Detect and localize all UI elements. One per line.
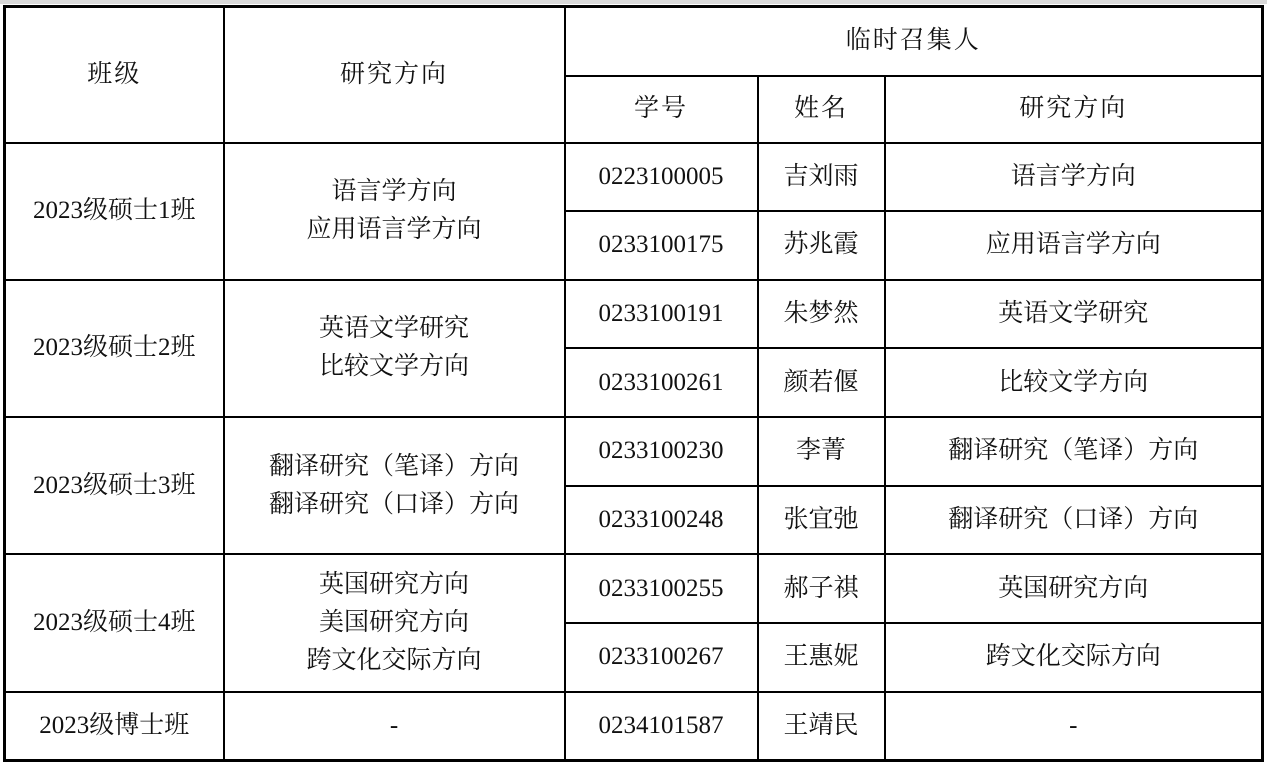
- direction-line: 翻译研究（口译）方向: [229, 486, 560, 524]
- student-id-cell: 0223100005: [565, 143, 758, 212]
- direction-line: 英语文学研究: [229, 310, 560, 348]
- table-row: 2023级硕士2班 英语文学研究 比较文学方向 0233100191 朱梦然 英…: [5, 280, 1263, 349]
- student-id-cell: 0234101587: [565, 692, 758, 761]
- header-row-1: 班级 研究方向 临时召集人: [5, 7, 1263, 76]
- table-row: 2023级硕士1班 语言学方向 应用语言学方向 0223100005 吉刘雨 语…: [5, 143, 1263, 212]
- class-cell: 2023级硕士4班: [5, 554, 224, 691]
- header-student-id: 学号: [565, 76, 758, 143]
- direction-line: 跨文化交际方向: [229, 642, 560, 680]
- direction-cell: 语言学方向 应用语言学方向: [224, 143, 565, 280]
- header-class: 班级: [5, 7, 224, 143]
- name-cell: 吉刘雨: [758, 143, 885, 212]
- table-row: 2023级硕士3班 翻译研究（笔译）方向 翻译研究（口译）方向 02331002…: [5, 417, 1263, 486]
- name-cell: 郝子祺: [758, 554, 885, 623]
- student-id-cell: 0233100267: [565, 623, 758, 692]
- name-cell: 张宜弛: [758, 486, 885, 555]
- convener-direction-cell: 英国研究方向: [885, 554, 1263, 623]
- direction-line: 应用语言学方向: [229, 211, 560, 249]
- student-id-cell: 0233100255: [565, 554, 758, 623]
- top-border-strip: [0, 0, 1267, 4]
- class-cell: 2023级博士班: [5, 692, 224, 761]
- name-cell: 颜若偃: [758, 348, 885, 417]
- header-convener-direction: 研究方向: [885, 76, 1263, 143]
- name-cell: 苏兆霞: [758, 211, 885, 280]
- header-direction: 研究方向: [224, 7, 565, 143]
- header-name: 姓名: [758, 76, 885, 143]
- student-id-cell: 0233100248: [565, 486, 758, 555]
- student-id-cell: 0233100191: [565, 280, 758, 349]
- convener-direction-cell: 跨文化交际方向: [885, 623, 1263, 692]
- direction-line: 美国研究方向: [229, 604, 560, 642]
- convener-direction-cell: 翻译研究（笔译）方向: [885, 417, 1263, 486]
- student-id-cell: 0233100261: [565, 348, 758, 417]
- class-cell: 2023级硕士1班: [5, 143, 224, 280]
- convener-direction-cell: 翻译研究（口译）方向: [885, 486, 1263, 555]
- direction-line: 英国研究方向: [229, 566, 560, 604]
- convener-direction-cell: 应用语言学方向: [885, 211, 1263, 280]
- name-cell: 王靖民: [758, 692, 885, 761]
- convener-direction-cell: 比较文学方向: [885, 348, 1263, 417]
- convener-direction-cell: 语言学方向: [885, 143, 1263, 212]
- header-convener-group: 临时召集人: [565, 7, 1263, 76]
- convener-direction-cell: 英语文学研究: [885, 280, 1263, 349]
- direction-cell: -: [224, 692, 565, 761]
- direction-cell: 翻译研究（笔译）方向 翻译研究（口译）方向: [224, 417, 565, 554]
- convener-direction-cell: -: [885, 692, 1263, 761]
- name-cell: 李菁: [758, 417, 885, 486]
- direction-line: 语言学方向: [229, 173, 560, 211]
- direction-cell: 英语文学研究 比较文学方向: [224, 280, 565, 417]
- student-id-cell: 0233100175: [565, 211, 758, 280]
- convener-table: 班级 研究方向 临时召集人 学号 姓名 研究方向 2023级硕士1班 语言学方向…: [3, 5, 1264, 762]
- student-id-cell: 0233100230: [565, 417, 758, 486]
- class-cell: 2023级硕士3班: [5, 417, 224, 554]
- table-row: 2023级硕士4班 英国研究方向 美国研究方向 跨文化交际方向 02331002…: [5, 554, 1263, 623]
- name-cell: 王惠妮: [758, 623, 885, 692]
- table-row: 2023级博士班 - 0234101587 王靖民 -: [5, 692, 1263, 761]
- direction-line: 翻译研究（笔译）方向: [229, 448, 560, 486]
- name-cell: 朱梦然: [758, 280, 885, 349]
- direction-cell: 英国研究方向 美国研究方向 跨文化交际方向: [224, 554, 565, 691]
- direction-line: 比较文学方向: [229, 348, 560, 386]
- class-cell: 2023级硕士2班: [5, 280, 224, 417]
